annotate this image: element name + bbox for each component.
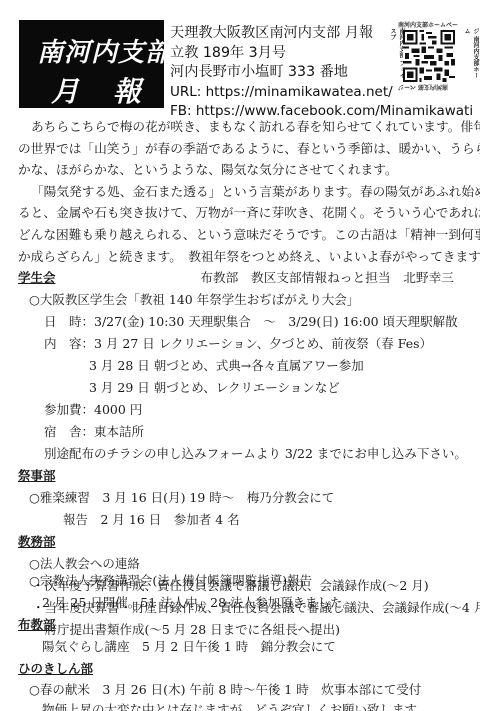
event-item: ○春の献米 3 月 26 日(木) 午前 8 時～午後 1 時 炊事本部にて受付 [29,680,421,698]
intro-paragraph: あちらこちらで梅の花が咲き、まもなく訪れる春を知らせてくれています。俳句 の世界… [18,116,468,289]
event-item: ○雅楽練習 3 月 16 日(月) 19 時～ 梅乃分教会にて [29,488,334,506]
section-heading: 学生会 [18,268,56,286]
event-detail: 2 月 25 日開催。51 法人中、28 法人参加頂きました。 [42,593,355,611]
qr-code-icon[interactable] [403,30,455,82]
event-note: 物価上昇の大変な中とは存じますが、どうぞ宜しくお願い致します。 [42,700,429,711]
newsletter-logo: 南河内支部 月報 [19,20,164,108]
event-fee: 参加費：4000 円 [44,400,142,418]
bullet-item: ・府庁提出書類作成(～5 月 28 日までに各組長へ提出) [32,620,340,638]
intro-line: あちらこちらで梅の花が咲き、まもなく訪れる春を知らせてくれています。俳句 [18,116,468,138]
event-title: ○大阪教区学生会「教祖 140 年祭学生おぢばがえり大会」 [29,290,359,308]
qr-right-label: ジ 南河内支部ホーム [462,28,480,84]
intro-line: かな、ほがらかな、というような、陽気な気分にさせてくれます。 [18,159,468,181]
logo-subtitle-a: 月 [51,70,79,110]
qr-code-block: 南河内支部ホームペー 南河内支部 フェイスブ ジ 南河内支部ホーム [388,20,470,90]
event-report: 報告 2 月 16 日 参加者 4 名 [63,510,240,528]
intro-line: の世界では「山笑う」が春の季語であるように、春という季節は、暖かい、うらら [18,138,468,160]
qr-top-label: 南河内支部ホームペー [398,20,458,29]
event-item: ○宗教法人実務講習会(法人備付帳簿閲覧指導)報告 [29,571,312,589]
section-heading: 教務部 [18,532,56,550]
event-content: 3 月 28 日 朝づとめ、式典→各々直属アワー参加 [89,356,364,374]
event-datetime: 日 時：3/27(金) 10:30 天理駅集合 ～ 3/29(日) 16:00 … [44,312,458,330]
section-heading: ひのきしん部 [18,659,93,677]
intro-line: どんな困難も乗り越えられる、という意味だそうです。この古語は「精神一到何事 [18,224,468,246]
event-note: 別途配布のチラシの申し込みフォームより 3/22 までにお申し込み下さい。 [44,444,467,462]
event-lodging: 宿 舎：東本詰所 [44,422,144,440]
intro-line: か成らざらん」と続きます。 教祖年祭をつとめ終え、いよいよ春がやってきます。 [18,246,468,268]
section-heading: 祭事部 [18,466,56,484]
event-content: 3 月 29 日 朝づとめ、レクリエーションなど [89,378,340,396]
intro-line: 「陽気発する処、金石また透る」という言葉があります。春の陽気があふれ始め [18,181,468,203]
event-item: ○法人教会への連絡 [29,554,140,572]
intro-line: ると、金属や石も突き抜けて、万物が一斉に芽吹き、花開く。そういう心であれば、 [18,202,468,224]
qr-bottom-label: 南河内支部 ページ [398,83,448,92]
event-item: 陽気ぐらし講座 5 月 2 日午後 1 時 錦分教会にて [42,637,336,655]
logo-subtitle-b: 報 [113,70,141,110]
event-content: 内 容：3 月 27 日 レクリエーション、夕づとめ、前夜祭（春 Fes） [44,334,432,352]
intro-signature: 布教部 教区支部情報ねっと担当 北野幸三 [18,267,468,289]
logo-title: 南河内支部 [37,32,172,69]
newsletter-header: 南河内支部 月報 天理教大阪教区南河内支部 月報 立教 189年 3月号 河内長… [0,0,480,110]
section-heading: 布教部 [18,615,56,633]
logo-subtitle: 月報 [51,70,141,110]
